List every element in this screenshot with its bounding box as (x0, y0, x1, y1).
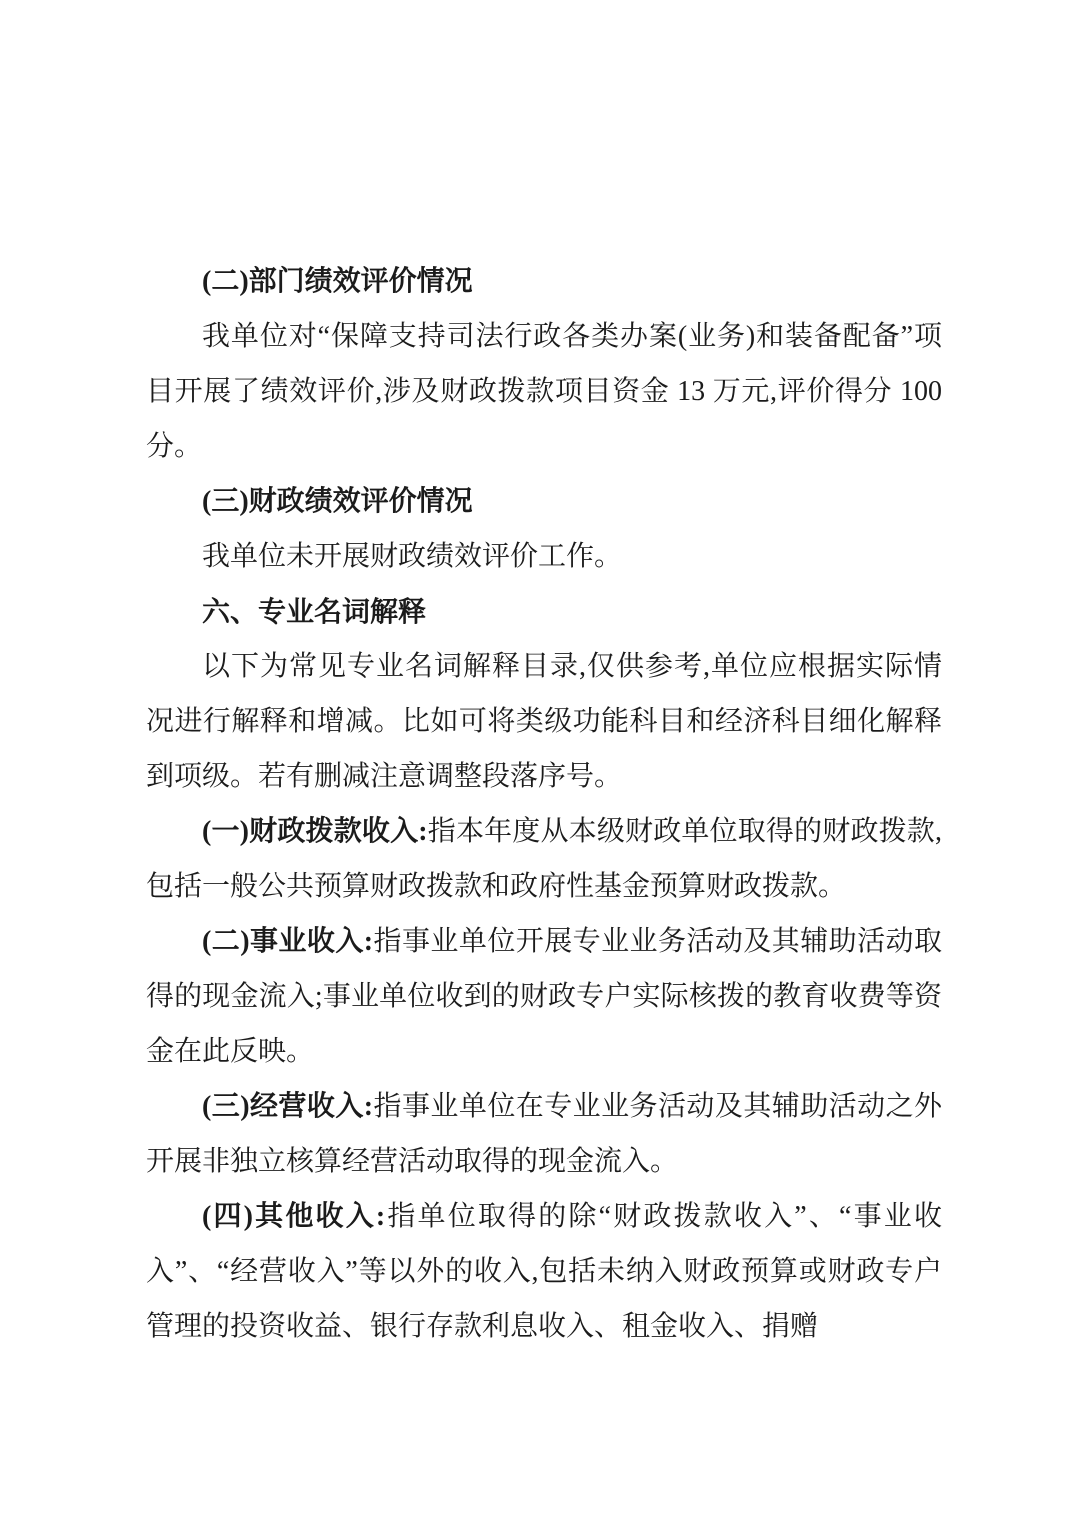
paragraph-terminology-intro: 以下为常见专业名词解释目录,仅供参考,单位应根据实际情况进行解释和增减。比如可将… (146, 639, 942, 804)
paragraph-department-performance-evaluation: 我单位对“保障支持司法行政各类办案(业务)和装备配备”项目开展了绩效评价,涉及财… (146, 309, 942, 474)
term-label-business-income: (三)经营收入: (202, 1091, 373, 1122)
term-label-operational-income: (二)事业收入: (202, 926, 373, 957)
paragraph-fiscal-performance-evaluation: 我单位未开展财政绩效评价工作。 (146, 529, 942, 584)
paragraph-term-business-income: (三)经营收入:指事业单位在专业业务活动及其辅助活动之外开展非独立核算经营活动取… (146, 1079, 942, 1189)
document-body: (二)部门绩效评价情况 我单位对“保障支持司法行政各类办案(业务)和装备配备”项… (146, 254, 942, 1354)
paragraph-term-other-income: (四)其他收入:指单位取得的除“财政拨款收入”、“事业收入”、“经营收入”等以外… (146, 1189, 942, 1354)
sub-heading-fiscal-performance-evaluation: (三)财政绩效评价情况 (146, 474, 942, 529)
document-page: (二)部门绩效评价情况 我单位对“保障支持司法行政各类办案(业务)和装备配备”项… (0, 0, 1074, 1520)
term-label-other-income: (四)其他收入: (202, 1201, 385, 1232)
sub-heading-department-performance-evaluation: (二)部门绩效评价情况 (146, 254, 942, 309)
section-heading-terminology: 六、专业名词解释 (146, 584, 942, 639)
paragraph-term-operational-income: (二)事业收入:指事业单位开展专业业务活动及其辅助活动取得的现金流入;事业单位收… (146, 914, 942, 1079)
term-label-fiscal-appropriation-income: (一)财政拨款收入: (202, 816, 428, 847)
paragraph-term-fiscal-appropriation-income: (一)财政拨款收入:指本年度从本级财政单位取得的财政拨款,包括一般公共预算财政拨… (146, 804, 942, 914)
